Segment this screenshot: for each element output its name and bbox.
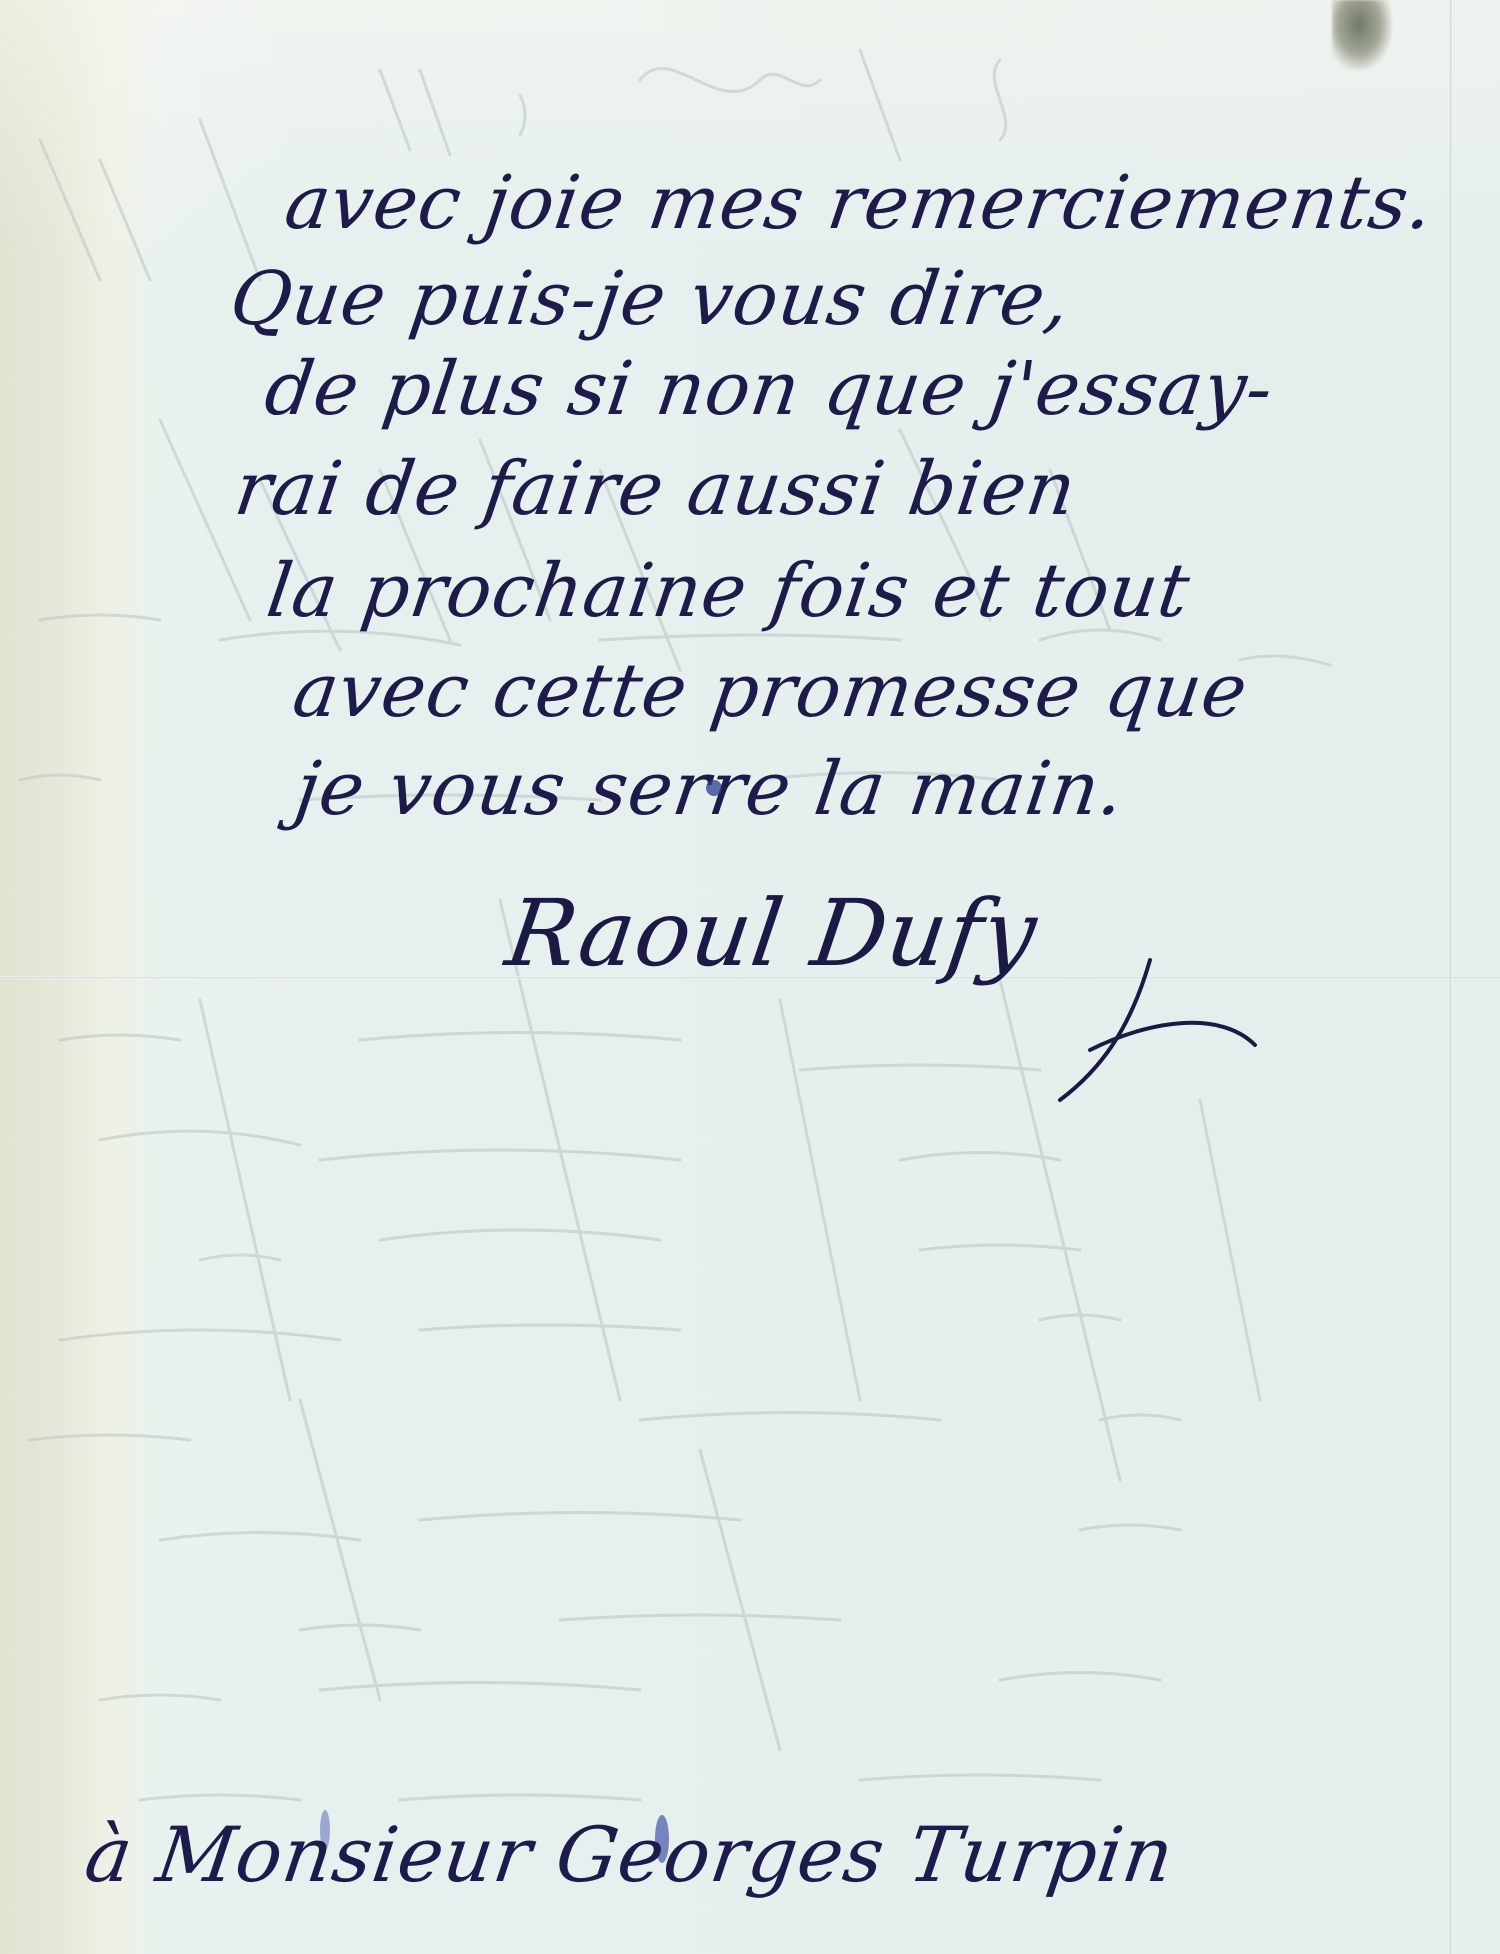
ink-blot: [706, 780, 722, 796]
letter-page: avec joie mes remerciements. Que puis-je…: [0, 0, 1500, 1954]
letter-line-2: Que puis-je vous dire,: [225, 256, 1076, 342]
signature: Raoul Dufy: [500, 880, 1044, 987]
addressee-line: à Monsieur Georges Turpin: [80, 1810, 1180, 1899]
ink-smudge: [1332, 0, 1392, 70]
vertical-crease-line: [1450, 0, 1453, 1954]
letter-line-1: avec joie mes remerciements.: [280, 160, 1439, 246]
letter-line-4: rai de faire aussi bien: [230, 446, 1082, 532]
letter-line-6: avec cette promesse que: [288, 648, 1253, 734]
letter-line-5: la prochaine fois et tout: [262, 548, 1195, 634]
letter-line-3: de plus si non que j'essay-: [260, 346, 1279, 432]
signature-flourish: [1000, 950, 1280, 1110]
